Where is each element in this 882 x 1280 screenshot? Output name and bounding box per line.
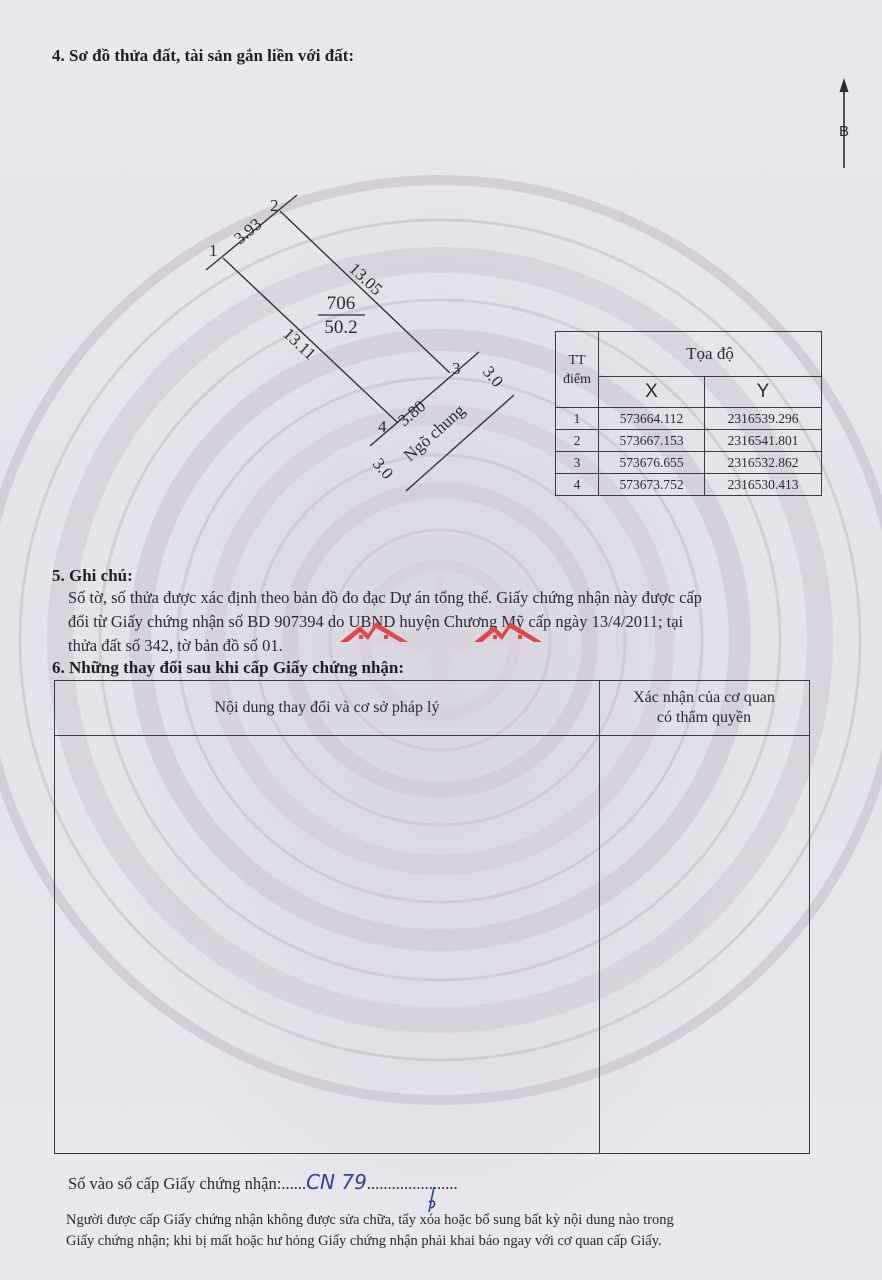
changes-table: Nội dung thay đổi và cơ sở pháp lý Xác n… <box>54 680 810 1154</box>
note-line-1: Số tờ, số thửa được xác định theo bản đồ… <box>68 588 702 608</box>
section6-title: 6. Những thay đổi sau khi cấp Giấy chứng… <box>52 658 404 678</box>
parcel-area: 50.2 <box>324 317 357 338</box>
changes-col2-header: Xác nhận của cơ quan có thẩm quyền <box>599 681 809 735</box>
note-line-3: thửa đất số 342, tờ bản đồ số 01. <box>68 636 283 656</box>
header-toado: Tọa độ <box>599 332 822 377</box>
changes-col1-header: Nội dung thay đổi và cơ sở pháp lý <box>55 681 599 735</box>
table-row: 1573664.1122316539.296 <box>556 408 822 430</box>
register-line: Số vào sổ cấp Giấy chứng nhận:......CN 7… <box>68 1170 458 1194</box>
header-tt: TT điểm <box>556 332 599 408</box>
footer-notice-line-2: Giấy chứng nhận; khi bị mất hoặc hư hỏng… <box>66 1233 662 1250</box>
footer-notice-line-1: Người được cấp Giấy chứng nhận không đượ… <box>66 1212 674 1229</box>
table-row: 4573673.7522316530.413 <box>556 474 822 496</box>
point-label-4: 4 <box>378 417 387 436</box>
point-label-3: 3 <box>452 359 461 378</box>
section5-title: 5. Ghi chú: <box>52 566 133 586</box>
edge-label-1-4: 13.11 <box>279 324 319 364</box>
table-row: 2573667.1532316541.801 <box>556 430 822 452</box>
parcel-number: 706 <box>327 293 356 314</box>
edge-label-1-2: 3.93 <box>230 214 265 248</box>
road-width-top: 3.0 <box>479 362 507 390</box>
handwritten-mark <box>425 1186 439 1214</box>
road-width-bottom: 3.0 <box>369 454 397 482</box>
header-y: Y <box>705 377 822 408</box>
coordinate-table: TT điểm Tọa độ X Y 1573664.1122316539.29… <box>555 331 822 496</box>
register-label: Số vào sổ cấp Giấy chứng nhận: <box>68 1174 281 1193</box>
table-row: 3573676.6552316532.862 <box>556 452 822 474</box>
header-x: X <box>599 377 705 408</box>
register-number: CN 79 <box>306 1170 367 1194</box>
point-label-1: 1 <box>209 241 218 260</box>
house-logo-icon <box>474 620 542 646</box>
house-logo-icon <box>340 620 408 646</box>
edge-label-3-4: 3.80 <box>394 396 429 430</box>
point-label-2: 2 <box>270 196 279 215</box>
